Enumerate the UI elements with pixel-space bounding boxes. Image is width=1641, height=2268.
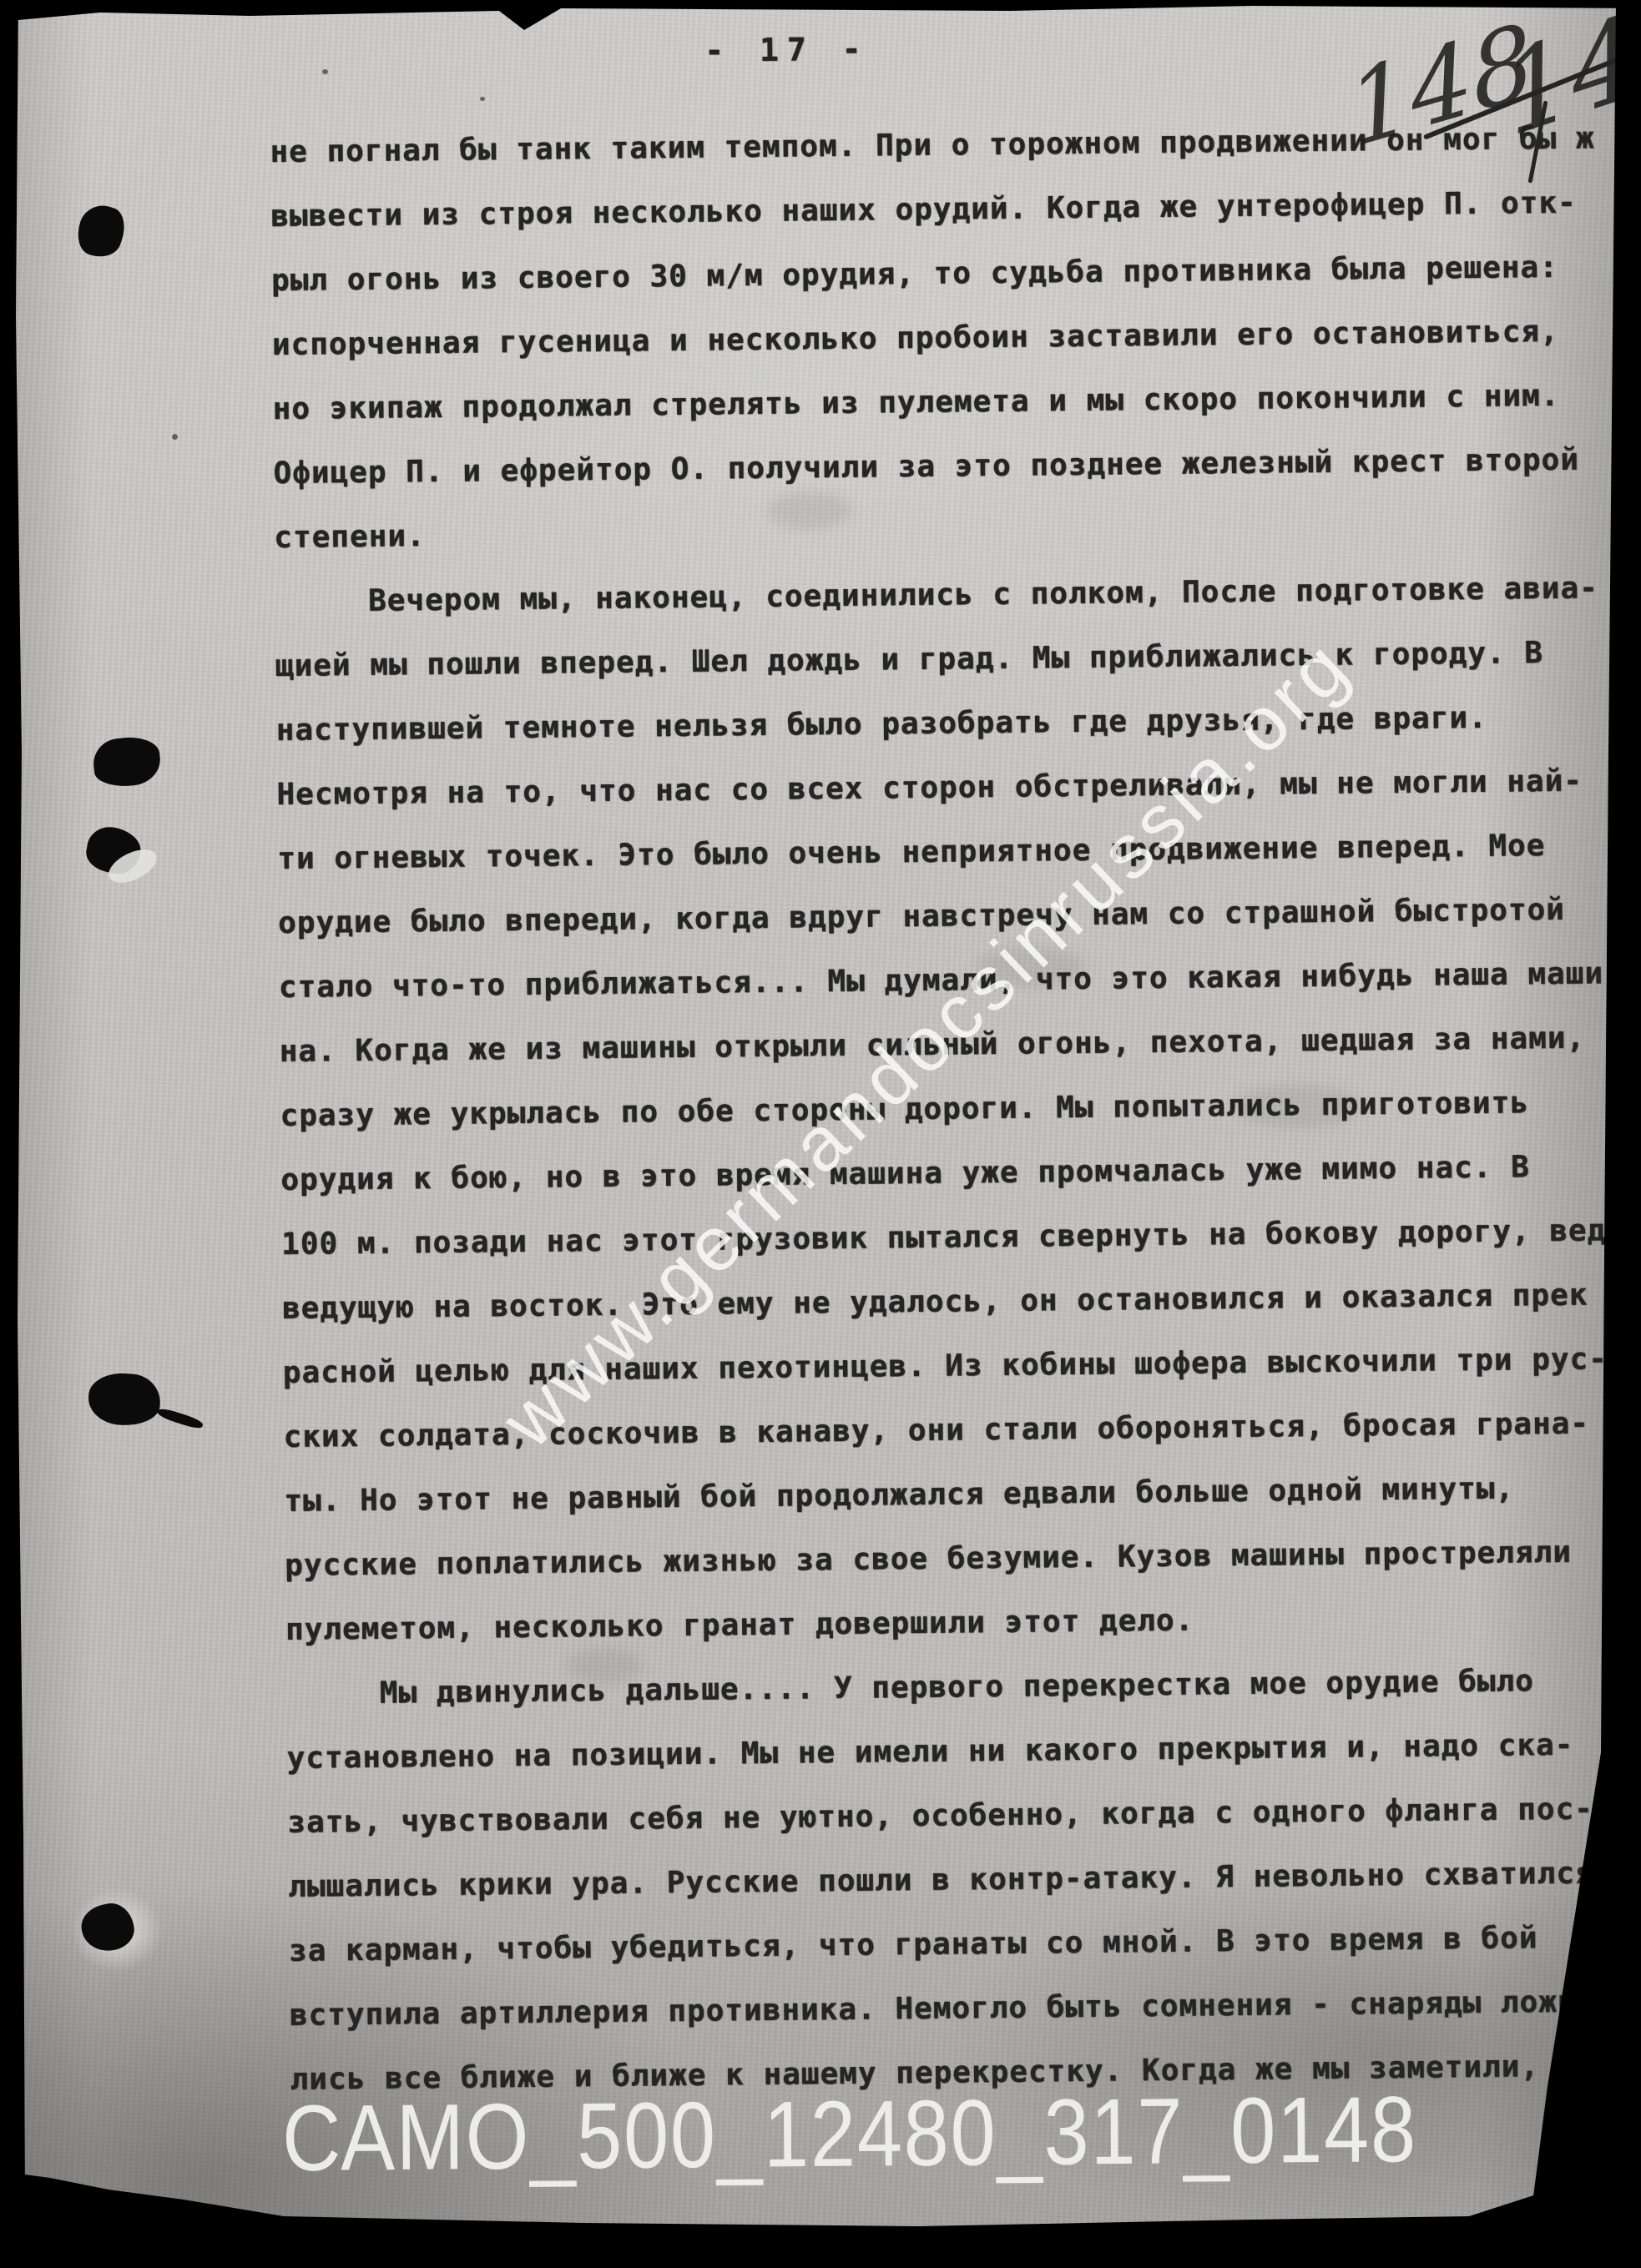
ink-speck [172, 434, 178, 440]
ink-speck [480, 97, 485, 101]
archive-reference-caption: САМО_500_12480_317_0148 [282, 2075, 1418, 2192]
ink-speck [322, 69, 328, 74]
text-lines: не погнал бы танк таким темпом. При о то… [270, 121, 1641, 2127]
scanned-document-page: - 17 - не погнал бы танк таким темпом. П… [0, 0, 1641, 2268]
